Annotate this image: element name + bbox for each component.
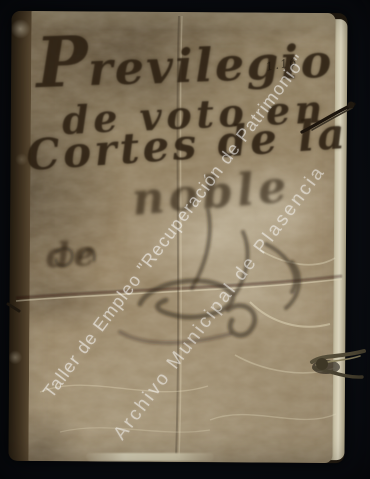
archive-photograph: Previlegio de voto en Cortes de la noble…: [0, 0, 370, 479]
bottom-page-sliver: [86, 453, 214, 461]
book-spine: [8, 11, 31, 461]
faded-word: de: [45, 237, 99, 274]
